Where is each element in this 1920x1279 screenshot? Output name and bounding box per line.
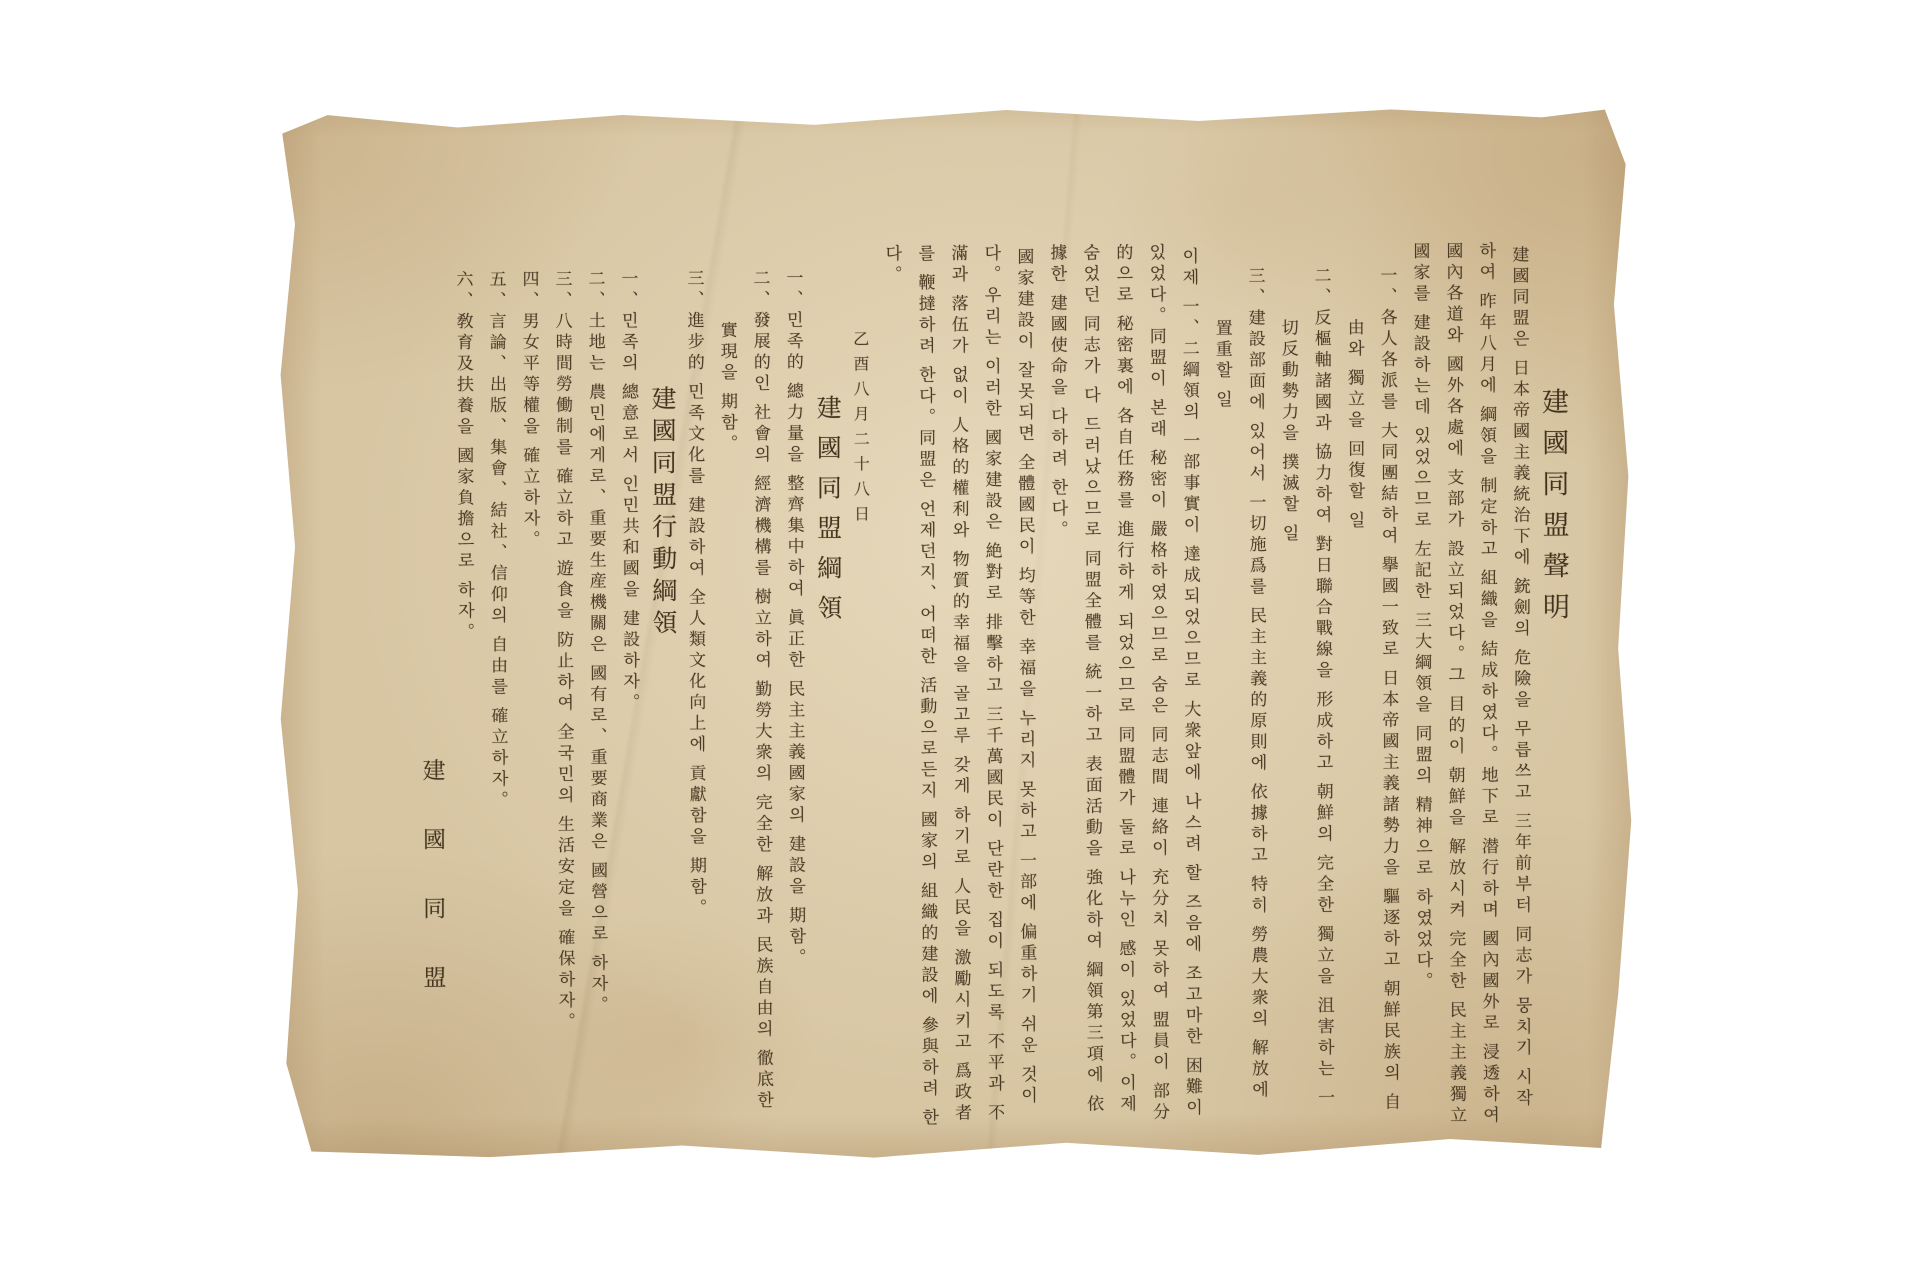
statement-paragraph-1: 建國同盟은 日本帝國主義統治下에 銃劍의 危險을 무릅쓰고 三年前부터 同志가 …: [1403, 241, 1539, 1128]
item-text: 進步的 민족文化를 建設하여 全人類文化向上에 貢獻함을 期함。: [685, 311, 707, 919]
item-number: 六、: [453, 270, 472, 312]
statement-paragraph-3: 國家建設이 잘못되면 全體國民이 均等한 幸福을 누리지 못하고 一部에 偏重하…: [875, 244, 1044, 1131]
action-item-4: 四、男女平等權을 確立하자。: [512, 246, 549, 1132]
item-number: 一、: [1377, 266, 1396, 308]
document-date: 乙酉八月二十八日: [842, 244, 879, 1130]
item-number: 二、: [585, 270, 604, 312]
statement-item-2: 二、反樞軸諸國과 協力하여 對日聯合戰線을 形成하고 朝鮮의 完全한 獨立을 沮…: [1271, 242, 1341, 1128]
item-number: 一、: [783, 269, 802, 311]
item-text: 言論、出版、集會、結社、信仰의 自由를 確立하자。: [487, 312, 508, 812]
aged-paper-sheet: 建國同盟聲明 建國同盟은 日本帝國主義統治下에 銃劍의 危險을 무릅쓰고 三年前…: [266, 89, 1643, 1171]
action-item-2: 二、土地는 農민에게로、重要生産機關은 國有로、重要商業은 國營으로 하자。: [578, 245, 615, 1131]
item-number: 一、: [618, 269, 637, 311]
item-number: 三、: [1245, 267, 1264, 309]
item-text: 민족의 總意로서 인민共和國을 建設하자。: [619, 311, 640, 714]
item-text: 反樞軸諸國과 協力하여 對日聯合戰線을 形成하고 朝鮮의 完全한 獨立을 沮害하…: [1279, 308, 1334, 1109]
statement-item-3: 三、建設部面에 있어서 一切施爲를 民主主義的原則에 依據하고 特히 勞農大衆의…: [1205, 243, 1275, 1129]
item-text: 建設部面에 있어서 一切施爲를 民主主義的原則에 依據하고 特히 勞農大衆의 解…: [1213, 309, 1268, 1102]
item-number: 四、: [519, 270, 538, 312]
item-text: 민족的 總力量을 整齊集中하여 眞正한 民主主義國家의 建設을 期함。: [784, 311, 806, 970]
platform-item-1: 一、민족的 總力量을 整齊集中하여 眞正한 民主主義國家의 建設을 期함。: [776, 245, 813, 1131]
action-item-5: 五、言論、出版、集會、結社、信仰의 自由를 確立하자。: [479, 246, 516, 1132]
statement-item-1: 一、各人各派를 大同團結하여 擧國一致로 日本帝國主義諸勢力을 驅逐하고 朝鮮民…: [1337, 242, 1407, 1128]
item-text: 敎育及扶養을 國家負擔으로 하자。: [454, 312, 474, 644]
vertical-document-text: 建國同盟聲明 建國同盟은 日本帝國主義統治下에 銃劍의 危險을 무릅쓰고 三年前…: [318, 241, 1572, 1132]
platform-item-3: 三、進步的 민족文化를 建設하여 全人類文化向上에 貢獻함을 期함。: [677, 245, 714, 1131]
platform-item-2: 二、發展的인 社會의 經濟機構를 樹立하여 勤勞大衆의 完全한 解放과 民族自由…: [710, 245, 780, 1131]
document-title: 建國同盟聲明: [1535, 241, 1572, 1127]
signature: 建國同盟: [413, 246, 450, 1132]
item-number: 三、: [684, 269, 703, 311]
platform-section-title: 建國同盟綱領: [809, 244, 846, 1130]
action-item-6: 六、敎育及扶養을 國家負擔으로 하자。: [446, 246, 483, 1132]
item-text: 八時間勞働制를 確立하고 遊食을 防止하여 全국민의 生活安定을 確保하자。: [553, 312, 575, 1034]
item-text: 男女平等權을 確立하자。: [520, 312, 540, 551]
item-text: 土地는 農민에게로、重要生産機關은 國有로、重要商業은 國營으로 하자。: [586, 312, 608, 1017]
item-text: 各人各派를 大同團結하여 擧國一致로 日本帝國主義諸勢力을 驅逐하고 朝鮮民族의…: [1345, 308, 1400, 1114]
item-number: 二、: [1311, 266, 1330, 308]
action-item-3: 三、八時間勞働制를 確立하고 遊食을 防止하여 全국민의 生活安定을 確保하자。: [545, 246, 582, 1132]
action-item-1: 一、민족의 總意로서 인민共和國을 建設하자。: [611, 245, 648, 1131]
item-number: 三、: [552, 270, 571, 312]
item-number: 二、: [750, 269, 769, 311]
item-number: 五、: [486, 270, 505, 312]
item-text: 發展的인 社會의 經濟機構를 樹立하여 勤勞大衆의 完全한 解放과 民族自由의 …: [718, 311, 773, 1112]
statement-paragraph-2: 이제 一、二綱領의 一部事實이 達成되었으므로 大衆앞에 나스려 할 즈음에 조…: [1040, 243, 1209, 1130]
action-platform-section-title: 建國同盟行動綱領: [644, 245, 681, 1131]
